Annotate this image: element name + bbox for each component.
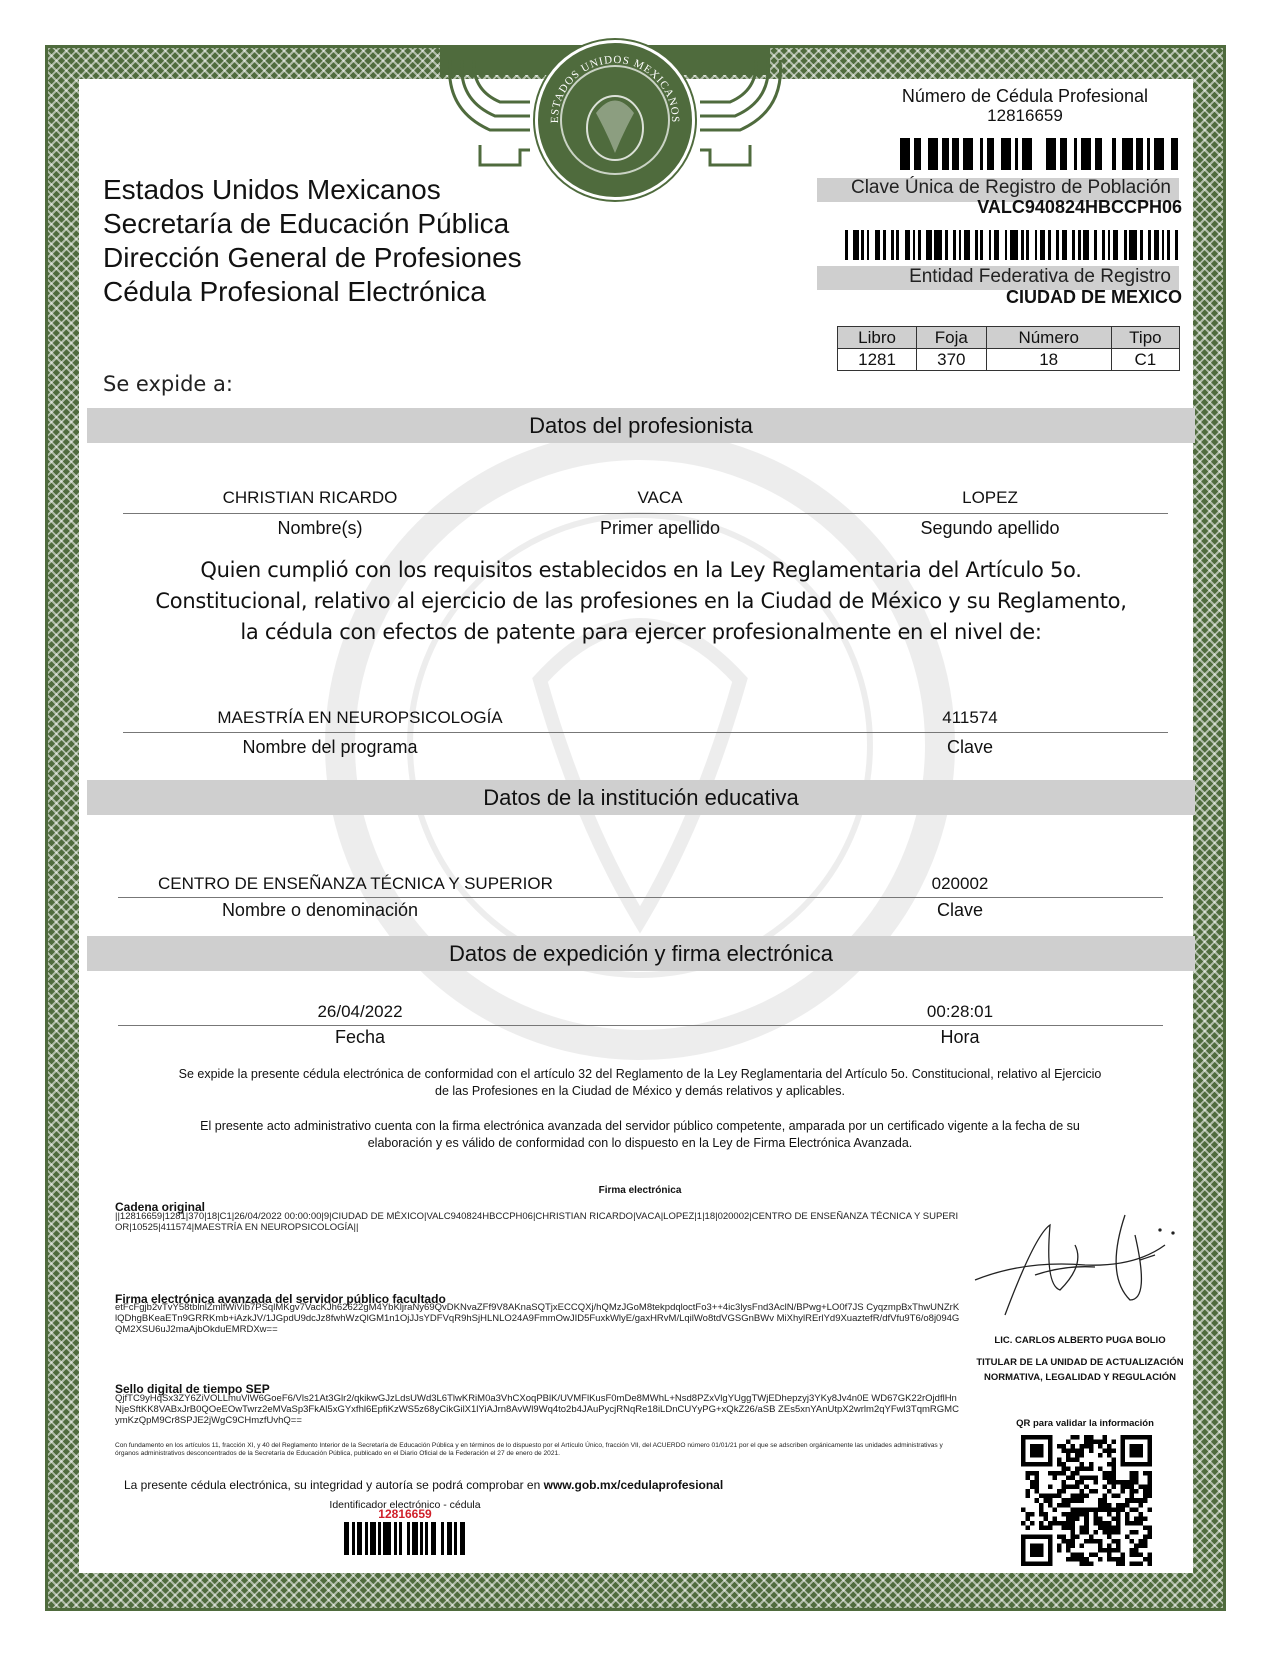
firma-avanzada-text: etFcFgjb2vTvY58tblnlZmlfWiVib7PSqlMKgv7V… — [115, 1302, 960, 1335]
statement-line: Constitucional, relativo al ejercicio de… — [87, 586, 1195, 617]
divider — [118, 1025, 1163, 1026]
section-expedicion: Datos de expedición y firma electrónica — [87, 936, 1195, 971]
fecha-label: Fecha — [290, 1027, 430, 1048]
programa-clave-label: Clave — [900, 737, 1040, 758]
qr-code-icon[interactable] — [1021, 1435, 1152, 1566]
statement-line: Quien cumplió con los requisitos estable… — [87, 555, 1195, 586]
verify-url-link[interactable]: www.gob.mx/cedulaprofesional — [544, 1478, 724, 1492]
signer-title: TITULAR DE LA UNIDAD DE ACTUALIZACIÓN NO… — [960, 1355, 1200, 1385]
nombre-label: Nombre(s) — [220, 518, 420, 539]
primer-apellido-label: Primer apellido — [560, 518, 760, 539]
cedula-barcode-icon — [900, 138, 1182, 170]
fecha-value: 26/04/2022 — [290, 1002, 430, 1022]
curp-barcode-icon — [845, 230, 1182, 260]
col-numero: Número — [986, 327, 1111, 349]
col-tipo: Tipo — [1111, 327, 1179, 349]
programa-label: Nombre del programa — [230, 737, 430, 758]
legal-paragraph-2: El presente acto administrativo cuenta c… — [110, 1118, 1170, 1152]
crest-ornament-right-icon — [690, 50, 790, 170]
segundo-apellido-value: LOPEZ — [880, 488, 1100, 508]
legal-paragraph-1: Se expide la presente cédula electrónica… — [110, 1066, 1170, 1100]
crest-ornament-left-icon — [440, 50, 540, 170]
entidad-label: Entidad Federativa de Registro — [817, 266, 1179, 288]
primer-apellido-value: VACA — [580, 488, 740, 508]
col-libro: Libro — [838, 327, 917, 349]
signature-icon — [965, 1205, 1185, 1320]
verify-text: La presente cédula electrónica, su integ… — [124, 1478, 540, 1492]
curp-label: Clave Única de Registro de Población — [817, 177, 1179, 199]
sello-digital-text: QjfTC9yHqSx3ZY6ZiVOLLmuVlW6GoeF6/Vls21At… — [115, 1393, 960, 1426]
legal-line: Se expide la presente cédula electrónica… — [110, 1066, 1170, 1083]
title-secretariat: Secretaría de Educación Pública — [103, 207, 522, 241]
ident-value: 12816659 — [300, 1507, 510, 1521]
registration-table: Libro Foja Número Tipo 1281 370 18 C1 — [837, 326, 1180, 371]
statement-line: la cédula con efectos de patente para ej… — [87, 617, 1195, 648]
signer-title-line: NORMATIVA, LEGALIDAD Y REGULACIÓN — [960, 1370, 1200, 1385]
title-country: Estados Unidos Mexicanos — [103, 173, 522, 207]
hora-label: Hora — [890, 1027, 1030, 1048]
statement-paragraph: Quien cumplió con los requisitos estable… — [87, 555, 1195, 648]
legal-line: El presente acto administrativo cuenta c… — [110, 1118, 1170, 1135]
cadena-original-text: ||12816659|1281|370|18|C1|26/04/2022 00:… — [115, 1211, 960, 1233]
cedula-number: 12816659 — [860, 106, 1190, 126]
value-tipo: C1 — [1111, 349, 1179, 371]
section-profesionista: Datos del profesionista — [87, 408, 1195, 443]
fine-print: Con fundamento en los artículos 11, frac… — [115, 1442, 960, 1457]
legal-line: de las Profesiones en la Ciudad de Méxic… — [110, 1083, 1170, 1100]
nombre-value: CHRISTIAN RICARDO — [180, 488, 440, 508]
title-directorate: Dirección General de Profesiones — [103, 241, 522, 275]
entidad-value: CIUDAD DE MEXICO — [817, 287, 1182, 308]
segundo-apellido-label: Segundo apellido — [880, 518, 1100, 539]
institucion-clave-value: 020002 — [890, 874, 1030, 894]
programa-clave-value: 411574 — [900, 708, 1040, 728]
title-document: Cédula Profesional Electrónica — [103, 275, 522, 309]
value-foja: 370 — [917, 349, 986, 371]
issued-to-label: Se expide a: — [103, 372, 233, 396]
ident-barcode-icon — [344, 1522, 468, 1555]
signer-name: LIC. CARLOS ALBERTO PUGA BOLIO — [960, 1333, 1200, 1348]
value-numero: 18 — [986, 349, 1111, 371]
issuer-titles: Estados Unidos Mexicanos Secretaría de E… — [103, 173, 522, 309]
section-institucion: Datos de la institución educativa — [87, 780, 1195, 815]
firma-title: Firma electrónica — [540, 1185, 740, 1196]
signer-title-line: TITULAR DE LA UNIDAD DE ACTUALIZACIÓN — [960, 1355, 1200, 1370]
col-foja: Foja — [917, 327, 986, 349]
qr-label: QR para validar la información — [990, 1418, 1180, 1429]
national-seal-icon: ESTADOS UNIDOS MEXICANOS — [535, 40, 695, 200]
institucion-value: CENTRO DE ENSEÑANZA TÉCNICA Y SUPERIOR — [140, 874, 580, 894]
legal-line: elaboración y es válido de conformidad c… — [110, 1135, 1170, 1152]
institucion-clave-label: Clave — [890, 900, 1030, 921]
programa-value: MAESTRÍA EN NEUROPSICOLOGÍA — [180, 708, 540, 728]
hora-value: 00:28:01 — [890, 1002, 1030, 1022]
value-libro: 1281 — [838, 349, 917, 371]
divider — [123, 732, 1168, 733]
institucion-label: Nombre o denominación — [220, 900, 420, 921]
divider — [118, 897, 1163, 898]
verify-statement: La presente cédula electrónica, su integ… — [124, 1478, 723, 1492]
divider — [123, 513, 1168, 514]
cedula-number-label: Número de Cédula Profesional — [860, 86, 1190, 107]
curp-value: VALC940824HBCCPH06 — [817, 197, 1182, 218]
